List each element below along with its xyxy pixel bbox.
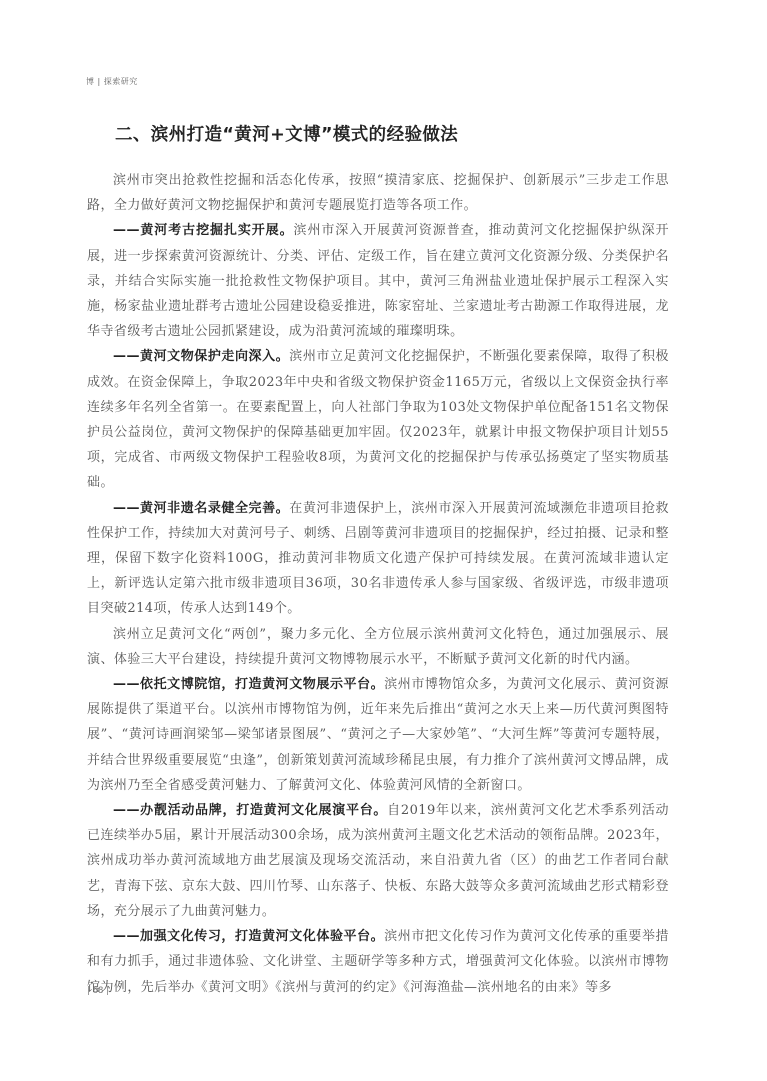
paragraph-lead: ——黄河非遗名录健全完善。 (113, 501, 289, 516)
paragraph-experience-platform: ——加强文化传习，打造黄河文化体验平台。滨州市把文化传习作为黄河文化传承的重要举… (87, 924, 669, 1000)
paragraph-intangible-heritage: ——黄河非遗名录健全完善。在黄河非遗保护上，滨州市深入开展黄河流域濒危非遗项目抢… (87, 496, 669, 622)
paragraph-platforms-intro: 滨州立足黄河文化“两创”，聚力多元化、全方位展示滨州黄河文化特色，通过加强展示、… (87, 622, 669, 672)
paragraph-exhibition-platform: ——依托文博院馆，打造黄河文物展示平台。滨州市博物馆众多，为黄河文化展示、黄河资… (87, 672, 669, 798)
paragraph-lead: ——办靓活动品牌，打造黄河文化展演平台。 (113, 803, 387, 818)
paragraph-text: 滨州市立足黄河文化挖掘保护，不断强化要素保障，取得了积极成效。在资金保障上，争取… (87, 349, 669, 490)
paragraph-performance-platform: ——办靓活动品牌，打造黄河文化展演平台。自2019年以来，滨州黄河文化艺术季系列… (87, 798, 669, 924)
paragraph-text: 滨州市突出抢救性挖掘和活态化传承，按照“摸清家底、挖掘保护、创新展示”三步走工作… (87, 173, 669, 213)
paragraph-intro: 滨州市突出抢救性挖掘和活态化传承，按照“摸清家底、挖掘保护、创新展示”三步走工作… (87, 168, 669, 218)
article-body: 滨州市突出抢救性挖掘和活态化传承，按照“摸清家底、挖掘保护、创新展示”三步走工作… (87, 168, 669, 1000)
paragraph-lead: ——依托文博院馆，打造黄河文物展示平台。 (113, 677, 384, 692)
paragraph-lead: ——加强文化传习，打造黄河文化体验平台。 (113, 929, 384, 944)
paragraph-text: 滨州市博物馆众多，为黄河文化展示、黄河资源展陈提供了渠道平台。以滨州市博物馆为例… (87, 677, 669, 793)
paragraph-text: 滨州市深入开展黄河资源普查，推动黄河文化挖掘保护纵深开展，进一步探索黄河资源统计… (87, 223, 669, 339)
paragraph-archaeology: ——黄河考古挖掘扎实开展。滨州市深入开展黄河资源普查，推动黄河文化挖掘保护纵深开… (87, 218, 669, 344)
paragraph-lead: ——黄河文物保护走向深入。 (113, 349, 289, 364)
running-header: 博 | 探索研究 (86, 76, 138, 87)
paragraph-lead: ——黄河考古挖掘扎实开展。 (113, 223, 294, 238)
paragraph-relic-protection: ——黄河文物保护走向深入。滨州市立足黄河文化挖掘保护，不断强化要素保障，取得了积… (87, 344, 669, 495)
paragraph-text: 在黄河非遗保护上，滨州市深入开展黄河流域濒危非遗项目抢救性保护工作，持续加大对黄… (87, 501, 669, 617)
section-title: 二、滨州打造“黄河+文博”模式的经验做法 (115, 121, 458, 146)
paragraph-text: 自2019年以来，滨州黄河文化艺术季系列活动已连续举办5届，累计开展活动300余… (87, 803, 669, 919)
page-number: | 68 | (87, 986, 109, 996)
paragraph-text: 滨州立足黄河文化“两创”，聚力多元化、全方位展示滨州黄河文化特色，通过加强展示、… (87, 627, 669, 667)
